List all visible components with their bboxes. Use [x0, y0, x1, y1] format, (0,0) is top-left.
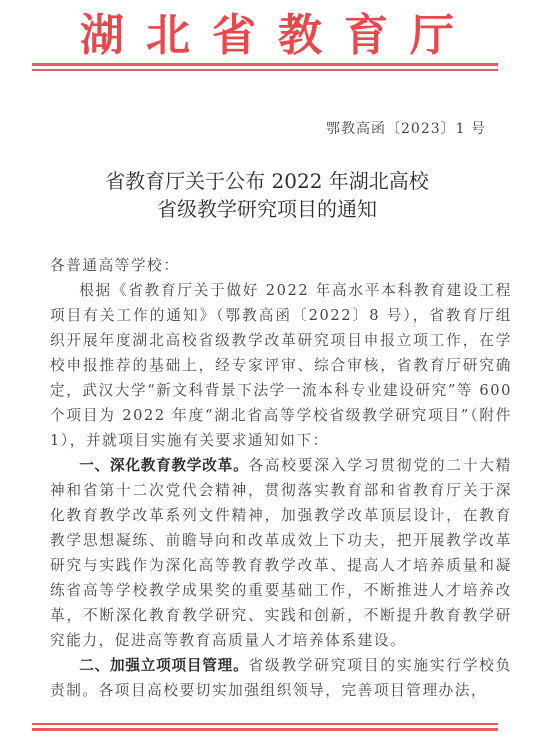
document-title: 省教育厅关于公布 2022 年湖北高校 省级教学研究项目的通知 — [0, 167, 534, 223]
section-2-paragraph: 二、加强立项项目管理。省级教学研究项目的实施实行学校负责制。各项目高校要切实加强… — [50, 653, 512, 703]
masthead-title: 湖北省教育厅 — [0, 12, 534, 60]
section-1-paragraph: 一、深化教育教学改革。各高校要深入学习贯彻党的二十大精神和省第十二次党代会精神，… — [50, 453, 512, 653]
intro-paragraph: 根据《省教育厅关于做好 2022 年高水平本科教育建设工程项目有关工作的通知》（… — [50, 278, 512, 453]
title-line-2: 省级教学研究项目的通知 — [0, 195, 534, 223]
header-red-line-thick — [32, 63, 498, 66]
footer-red-line-thin — [32, 723, 498, 725]
document-body: 各普通高等学校： 根据《省教育厅关于做好 2022 年高水平本科教育建设工程项目… — [50, 253, 512, 703]
header-red-line-thin — [32, 69, 498, 71]
footer-red-line-thick — [32, 728, 498, 731]
section-1-text: 各高校要深入学习贯彻党的二十大精神和省第十二次党代会精神，贯彻落实教育部和省教育… — [50, 457, 512, 649]
title-line-1: 省教育厅关于公布 2022 年湖北高校 — [0, 167, 534, 195]
section-2-heading: 二、加强立项项目管理。 — [79, 657, 248, 674]
document-number: 鄂教高函〔2023〕1 号 — [326, 118, 486, 138]
section-1-heading: 一、深化教育教学改革。 — [79, 457, 248, 474]
salutation: 各普通高等学校： — [50, 253, 512, 278]
